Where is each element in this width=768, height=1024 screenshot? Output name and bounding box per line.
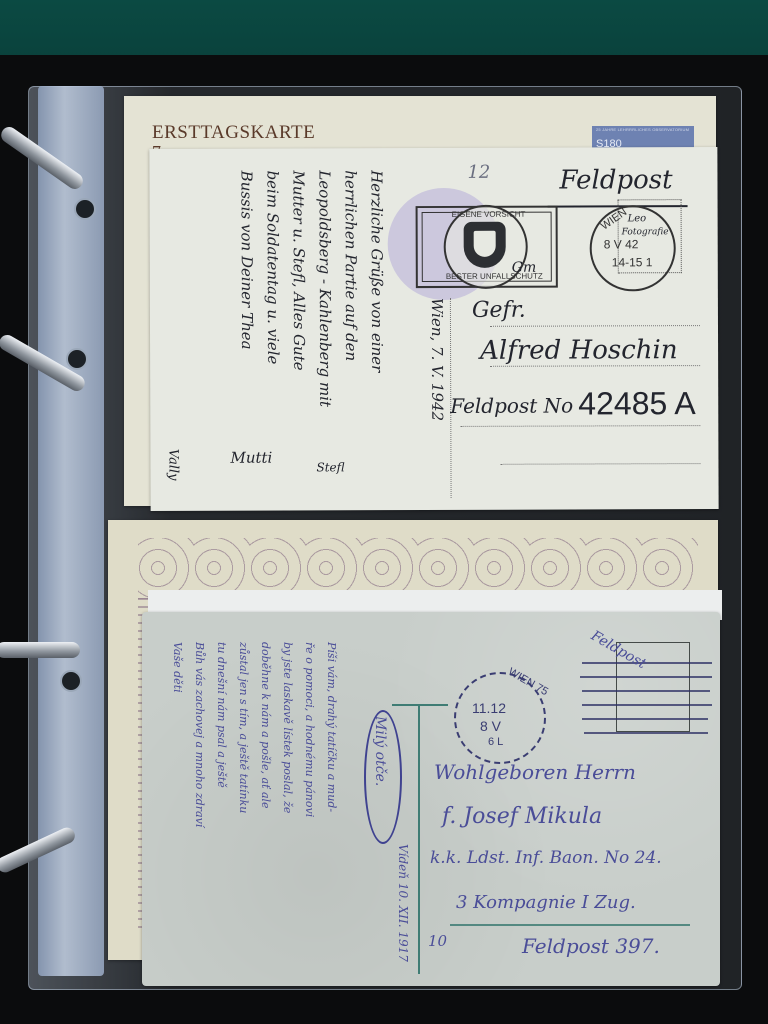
address-name: Alfred Hoschin (480, 335, 678, 366)
message-line: tu dnešní nám psal a ještě (215, 642, 228, 788)
place-date: Wien, 7. V. 1942 (428, 298, 446, 421)
postmark-time: 14-15 1 (612, 255, 653, 269)
feldpost-number: 42485 A (578, 385, 696, 422)
message-line: ře o pomoci, a hodnému pánovi (303, 642, 316, 817)
message-line: Leopoldsberg - Kahlenberg mit (315, 170, 334, 407)
address-line-3: k.k. Ldst. Inf. Baon. No 24. (430, 848, 662, 868)
message-line: Bussis von Deiner Thea (237, 171, 256, 350)
place-date: Vídeň 10. XII. 1917 (396, 844, 410, 962)
cancel-line (582, 662, 712, 664)
postmark-date: 8 V 42 (604, 237, 639, 251)
punched-hole (66, 348, 88, 370)
divider-top (392, 704, 448, 706)
message-line: Mutter u. Stefl, Alles Gute (289, 170, 308, 370)
signature-mutti: Mutti (230, 449, 272, 467)
cancel-line (582, 690, 710, 692)
feldpost-header: Feldpost (559, 165, 672, 195)
signature-vally: Vally (165, 449, 180, 481)
stamp-caption: 25 JAHRE LEHRRRLICHES OBSERVATORIUM (596, 127, 689, 132)
punched-hole (74, 198, 96, 220)
ersttagskarte-title: ERSTTAGSKARTE (152, 122, 315, 144)
punched-hole (60, 670, 82, 692)
address-underline (450, 924, 690, 926)
cancel-line (582, 718, 708, 720)
message-line: herrlichen Partie auf den (341, 170, 360, 361)
feldpost-card-1942: 12 Feldpost EIGENE VORSICHT BESTER UNFAL… (149, 147, 718, 511)
divider-vertical (418, 704, 420, 974)
binder-ring-3 (0, 642, 80, 658)
address-rank: Gefr. (472, 298, 526, 323)
pencil-number: 12 (467, 162, 490, 183)
message-line: Píši vám, drahý tatíčku a mud- (325, 642, 338, 812)
feldpost-label: Feldpost No (450, 394, 573, 418)
message-line: Vaše děti (171, 642, 184, 693)
address-line-5: Feldpost 397. (522, 934, 660, 958)
address-line-4: 3 Kompagnie I Zug. (456, 892, 636, 913)
postmark-annotation: Fotografie (622, 227, 669, 237)
cancel-line (582, 704, 712, 706)
margin-note: 10 (428, 932, 447, 950)
signature-stefl: Stefl (316, 460, 344, 474)
postmark-annotation-top: Leo (628, 213, 647, 224)
address-line (460, 425, 700, 427)
cancel-line (580, 676, 712, 678)
message-line: beim Soldatentag u. viele (263, 171, 282, 365)
message-line: zůstal jen s tím, a ještě tatínku (237, 642, 250, 813)
cachet-top-text: EIGENE VORSICHT (452, 210, 526, 219)
message-line: Bůh vás zachovej a mnoho zdraví (193, 642, 206, 827)
feldpost-card-1917: WIEN 75 11.12 8 V 6 L Feldpost Milý otče… (142, 612, 720, 986)
postmark-date: 11.12 (472, 700, 506, 716)
address-line (490, 325, 700, 327)
cancel-line (584, 732, 708, 734)
message-line: doběhne k nám a pošle, ať ale (259, 642, 272, 809)
message-line: Herzliche Grüße von einer (367, 170, 386, 372)
message-line: by jste laskavě lístek poslal, že (281, 642, 294, 813)
postmark-time: 8 V (480, 718, 501, 734)
greeting-text: Milý otče. (372, 716, 388, 786)
cachet-suffix: Gm (512, 260, 537, 276)
address-line-1: Wohlgeboren Herrn (434, 760, 636, 784)
postmark-suffix: 6 L (488, 736, 503, 748)
address-line (500, 463, 700, 465)
green-felt-background (0, 0, 768, 58)
address-line-2: f. Josef Mikula (442, 804, 602, 829)
shield-icon (468, 226, 502, 264)
